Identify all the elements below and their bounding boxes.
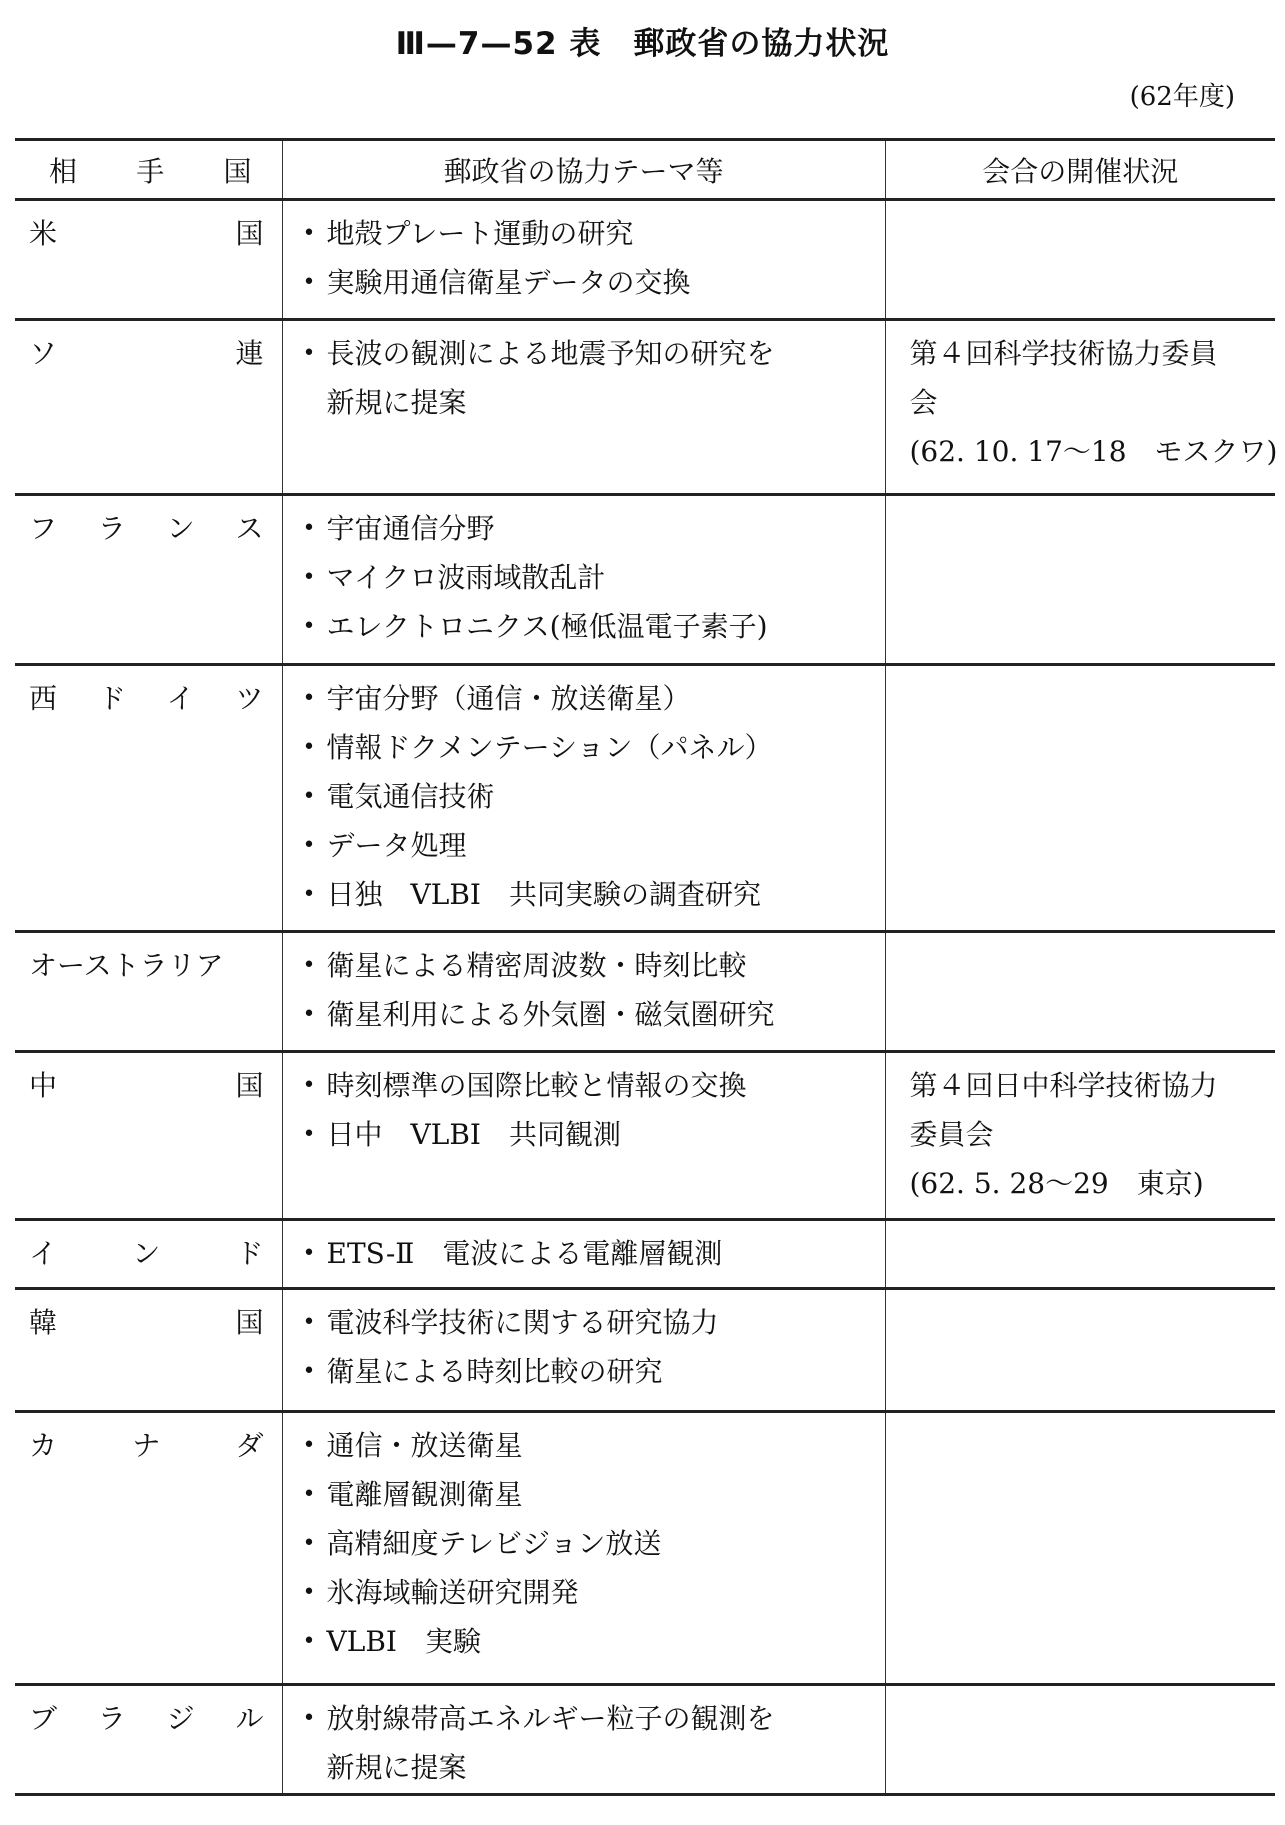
theme-item: エレクトロニクス(極低温電子素子) xyxy=(301,602,885,651)
header-country: 相 手 国 xyxy=(15,140,282,200)
theme-item: 日独 VLBI 共同実験の調査研究 xyxy=(301,870,885,919)
theme-list: 時刻標準の国際比較と情報の交換日中 VLBI 共同観測 xyxy=(283,1053,885,1159)
meeting-cell xyxy=(885,1412,1275,1685)
meeting-line: 会 xyxy=(910,378,1266,427)
meeting-cell: 第４回日中科学技術協力委員会(62. 5. 28～29 東京) xyxy=(885,1052,1275,1220)
theme-item: 衛星による精密周波数・時刻比較 xyxy=(301,941,885,990)
table-row: ソ連長波の観測による地震予知の研究を 新規に提案第４回科学技術協力委員会(62.… xyxy=(15,320,1275,495)
theme-item: 電気通信技術 xyxy=(301,772,885,821)
theme-item: データ処理 xyxy=(301,821,885,870)
meeting-line: 第４回科学技術協力委員 xyxy=(910,329,1266,378)
header-meetings: 会合の開催状況 xyxy=(885,140,1275,200)
country-cell: ブラジル xyxy=(15,1685,282,1795)
theme-item: 長波の観測による地震予知の研究を 新規に提案 xyxy=(301,329,885,427)
theme-list: 長波の観測による地震予知の研究を 新規に提案 xyxy=(283,321,885,427)
themes-cell: 宇宙通信分野マイクロ波雨域散乱計エレクトロニクス(極低温電子素子) xyxy=(282,495,885,665)
country-name: インド xyxy=(29,1229,264,1278)
theme-item: 通信・放送衛星 xyxy=(301,1421,885,1470)
themes-cell: 衛星による精密周波数・時刻比較衛星利用による外気圏・磁気圏研究 xyxy=(282,932,885,1052)
country-cell: 西ドイツ xyxy=(15,665,282,932)
theme-item: 地殻プレート運動の研究 xyxy=(301,209,885,258)
table-title: Ⅲ—7—52 表 郵政省の協力状況 xyxy=(0,18,1285,63)
theme-list: 電波科学技術に関する研究協力衛星による時刻比較の研究 xyxy=(283,1290,885,1396)
theme-list: 通信・放送衛星電離層観測衛星高精細度テレビジョン放送氷海域輸送研究開発VLBI … xyxy=(283,1413,885,1666)
theme-item: 実験用通信衛星データの交換 xyxy=(301,258,885,307)
country-name: 米国 xyxy=(29,209,264,258)
country-name: 中国 xyxy=(29,1061,264,1110)
theme-list: 衛星による精密周波数・時刻比較衛星利用による外気圏・磁気圏研究 xyxy=(283,933,885,1039)
theme-item: 高精細度テレビジョン放送 xyxy=(301,1519,885,1568)
theme-list: 宇宙通信分野マイクロ波雨域散乱計エレクトロニクス(極低温電子素子) xyxy=(283,496,885,651)
table-row: 西ドイツ宇宙分野（通信・放送衛星）情報ドクメンテーション（パネル）電気通信技術デ… xyxy=(15,665,1275,932)
theme-item: 衛星による時刻比較の研究 xyxy=(301,1347,885,1396)
country-name: オーストラリア xyxy=(29,941,264,990)
theme-item: 衛星利用による外気圏・磁気圏研究 xyxy=(301,990,885,1039)
theme-list: 放射線帯高エネルギー粒子の観測を 新規に提案 xyxy=(283,1686,885,1792)
meeting-line: (62. 10. 17～18 モスクワ) xyxy=(910,427,1266,476)
theme-item: 時刻標準の国際比較と情報の交換 xyxy=(301,1061,885,1110)
country-cell: インド xyxy=(15,1220,282,1289)
country-cell: 米国 xyxy=(15,200,282,320)
table-row: 中国時刻標準の国際比較と情報の交換日中 VLBI 共同観測第４回日中科学技術協力… xyxy=(15,1052,1275,1220)
theme-item: 電離層観測衛星 xyxy=(301,1470,885,1519)
theme-list: 地殻プレート運動の研究実験用通信衛星データの交換 xyxy=(283,201,885,307)
header-themes: 郵政省の協力テーマ等 xyxy=(282,140,885,200)
theme-item: 情報ドクメンテーション（パネル） xyxy=(301,723,885,772)
country-name: ブラジル xyxy=(29,1694,264,1743)
meeting-cell xyxy=(885,495,1275,665)
themes-cell: 長波の観測による地震予知の研究を 新規に提案 xyxy=(282,320,885,495)
theme-item: 放射線帯高エネルギー粒子の観測を 新規に提案 xyxy=(301,1694,885,1792)
theme-item: VLBI 実験 xyxy=(301,1617,885,1666)
country-cell: ソ連 xyxy=(15,320,282,495)
table-row: フランス宇宙通信分野マイクロ波雨域散乱計エレクトロニクス(極低温電子素子) xyxy=(15,495,1275,665)
country-cell: カナダ xyxy=(15,1412,282,1685)
table-row: インドETS-Ⅱ 電波による電離層観測 xyxy=(15,1220,1275,1289)
themes-cell: 電波科学技術に関する研究協力衛星による時刻比較の研究 xyxy=(282,1289,885,1412)
themes-cell: ETS-Ⅱ 電波による電離層観測 xyxy=(282,1220,885,1289)
country-name: フランス xyxy=(29,504,264,553)
themes-cell: 通信・放送衛星電離層観測衛星高精細度テレビジョン放送氷海域輸送研究開発VLBI … xyxy=(282,1412,885,1685)
country-name: カナダ xyxy=(29,1421,264,1470)
meeting-line: (62. 5. 28～29 東京) xyxy=(910,1159,1266,1208)
theme-item: マイクロ波雨域散乱計 xyxy=(301,553,885,602)
theme-item: 宇宙分野（通信・放送衛星） xyxy=(301,674,885,723)
fiscal-year-note: (62年度) xyxy=(1130,76,1235,113)
header-row: 相 手 国 郵政省の協力テーマ等 会合の開催状況 xyxy=(15,140,1275,200)
themes-cell: 放射線帯高エネルギー粒子の観測を 新規に提案 xyxy=(282,1685,885,1795)
table-row: オーストラリア衛星による精密周波数・時刻比較衛星利用による外気圏・磁気圏研究 xyxy=(15,932,1275,1052)
table-row: カナダ通信・放送衛星電離層観測衛星高精細度テレビジョン放送氷海域輸送研究開発VL… xyxy=(15,1412,1275,1685)
meeting-cell xyxy=(885,932,1275,1052)
meeting-cell xyxy=(885,200,1275,320)
theme-list: ETS-Ⅱ 電波による電離層観測 xyxy=(283,1221,885,1278)
country-name: ソ連 xyxy=(29,329,264,378)
meeting-cell xyxy=(885,665,1275,932)
country-cell: 中国 xyxy=(15,1052,282,1220)
meeting-cell xyxy=(885,1220,1275,1289)
meeting-cell xyxy=(885,1685,1275,1795)
meeting-line: 第４回日中科学技術協力 xyxy=(910,1061,1266,1110)
theme-item: ETS-Ⅱ 電波による電離層観測 xyxy=(301,1229,885,1278)
table-row: 米国地殻プレート運動の研究実験用通信衛星データの交換 xyxy=(15,200,1275,320)
theme-item: 日中 VLBI 共同観測 xyxy=(301,1110,885,1159)
themes-cell: 地殻プレート運動の研究実験用通信衛星データの交換 xyxy=(282,200,885,320)
meeting-cell: 第４回科学技術協力委員会(62. 10. 17～18 モスクワ) xyxy=(885,320,1275,495)
country-name: 韓国 xyxy=(29,1298,264,1347)
table-row: 韓国電波科学技術に関する研究協力衛星による時刻比較の研究 xyxy=(15,1289,1275,1412)
theme-item: 宇宙通信分野 xyxy=(301,504,885,553)
theme-item: 電波科学技術に関する研究協力 xyxy=(301,1298,885,1347)
meeting-cell xyxy=(885,1289,1275,1412)
country-name: 西ドイツ xyxy=(29,674,264,723)
meeting-line: 委員会 xyxy=(910,1110,1266,1159)
theme-item: 氷海域輸送研究開発 xyxy=(301,1568,885,1617)
country-cell: フランス xyxy=(15,495,282,665)
country-cell: オーストラリア xyxy=(15,932,282,1052)
themes-cell: 宇宙分野（通信・放送衛星）情報ドクメンテーション（パネル）電気通信技術データ処理… xyxy=(282,665,885,932)
table-row: ブラジル放射線帯高エネルギー粒子の観測を 新規に提案 xyxy=(15,1685,1275,1795)
themes-cell: 時刻標準の国際比較と情報の交換日中 VLBI 共同観測 xyxy=(282,1052,885,1220)
cooperation-table: 相 手 国 郵政省の協力テーマ等 会合の開催状況 米国地殻プレート運動の研究実験… xyxy=(15,138,1275,1796)
country-cell: 韓国 xyxy=(15,1289,282,1412)
theme-list: 宇宙分野（通信・放送衛星）情報ドクメンテーション（パネル）電気通信技術データ処理… xyxy=(283,666,885,919)
